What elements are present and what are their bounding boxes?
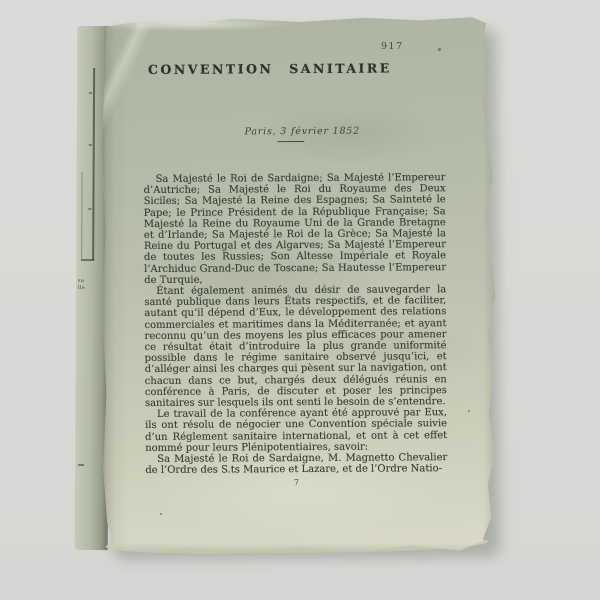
adjacent-page-mark — [89, 144, 92, 146]
paper-speck — [468, 410, 470, 412]
adjacent-page-mark — [88, 208, 91, 210]
dateline-rule — [277, 141, 304, 142]
adjacent-page-table-rule — [81, 172, 82, 260]
paragraph-plenipotentiary: Sa Majesté le Roi de Sardaigne, M. Magne… — [145, 452, 447, 476]
body-text: Sa Majesté le Roi de Sardaigne; Sa Majes… — [144, 172, 448, 476]
catchword: 7 — [145, 478, 447, 489]
adjacent-page-text-fragment: lle — [78, 285, 85, 291]
document-title: CONVENTION SANITAIRE — [119, 60, 421, 77]
document-page: 917 CONVENTION SANITAIRE Paris, 3 févrie… — [100, 15, 500, 555]
adjacent-page-mark — [89, 92, 92, 94]
adjacent-page-table-rule — [81, 259, 94, 261]
page-content: CONVENTION SANITAIRE Paris, 3 février 18… — [143, 13, 448, 488]
adjacent-page-mark — [78, 464, 84, 466]
paper-speck — [160, 513, 162, 515]
adjacent-page-table-rule — [92, 68, 95, 260]
paragraph-resolution: Le travail de la conférence ayant été ap… — [145, 407, 447, 454]
photo-backdrop: { "photo": { "backdrop_color": "#d9dad7"… — [0, 0, 600, 600]
paragraph-signatories: Sa Majesté le Roi de Sardaigne; Sa Majes… — [144, 172, 447, 286]
adjacent-page-text-fragment: sa — [78, 278, 84, 284]
paragraph-preamble: Étant également animés du désir de sauve… — [144, 284, 447, 409]
dateline: Paris, 3 février 1852 — [151, 125, 453, 138]
